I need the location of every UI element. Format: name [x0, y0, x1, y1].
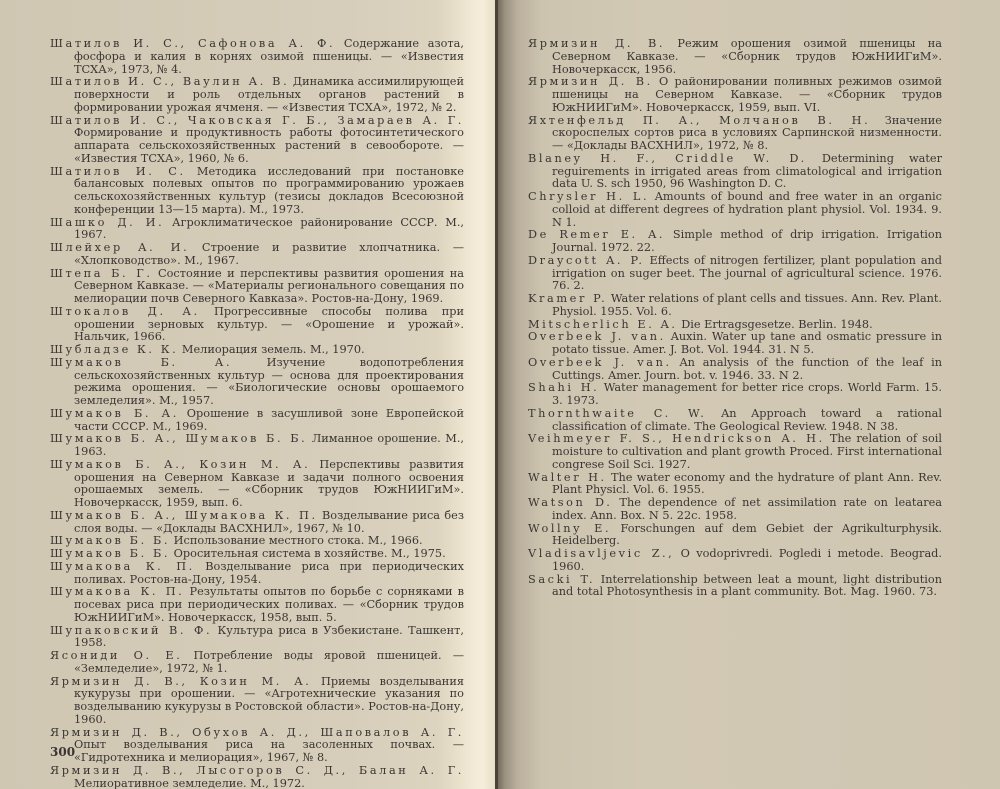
bibliography-entry: Шатилов И. С., Чаковская Г. Б., Замараев… — [50, 115, 464, 166]
bibliography-entry: Шашко Д. И. Агроклиматическое районирова… — [50, 217, 464, 243]
bibliography-entry: Шумаков Б. А., Шумакова К. П. Возделыван… — [50, 510, 464, 536]
entry-author: Wollny E. — [528, 522, 611, 535]
bibliography-entry: Veihmeyer F. S., Hendrickson A. H. The r… — [528, 433, 942, 471]
bibliography-entry: Shahi H. Water management for better ric… — [528, 382, 942, 408]
bibliography-entry: Vladisavljevic Z., O vodoprivredi. Pogle… — [528, 548, 942, 574]
entry-author: Thornthwaite C. W. — [528, 407, 706, 420]
bibliography-entry: Ярмизин Д. В., Обухов А. Д., Шаповалов А… — [50, 727, 464, 765]
entry-author: Ясониди О. Е. — [50, 649, 182, 662]
bibliography-entry: Яхтенфельд П. А., Молчанов В. Н. Значени… — [528, 115, 942, 153]
entry-text: The water economy and the hydrature of p… — [552, 471, 942, 497]
entry-author: Draycott A. P. — [528, 254, 645, 267]
entry-author: Blaney H. F., Criddle W. D. — [528, 152, 807, 165]
bibliography-entry: Ярмизин Д. В., Козин М. А. Приемы воздел… — [50, 676, 464, 727]
entry-author: Mitscherlich E. A. — [528, 318, 678, 331]
bibliography-entry: Blaney H. F., Criddle W. D. Determining … — [528, 153, 942, 191]
entry-text: Water management for better rice crops. … — [552, 381, 942, 407]
bibliography-entry: Sacki T. Interrelationship between leat … — [528, 574, 942, 600]
left-bibliography-column: Шатилов И. С., Сафонова А. Ф. Содержание… — [50, 38, 464, 789]
bibliography-entry: Draycott A. P. Effects of nitrogen ferti… — [528, 255, 942, 293]
bibliography-entry: Ярмизин Д. В. О районировании поливных р… — [528, 76, 942, 114]
bibliography-entry: Wollny E. Forschungen auf dem Gebiet der… — [528, 523, 942, 549]
entry-author: Watson D. — [528, 496, 612, 509]
entry-author: Шумаков Б. А., Козин М. А. — [50, 458, 310, 471]
entry-author: Шубладзе К. К. — [50, 343, 178, 356]
entry-author: Walter H. — [528, 471, 607, 484]
entry-author: Ярмизин Д. В. — [528, 75, 653, 88]
entry-author: Шатилов И. С. — [50, 165, 186, 178]
entry-text: Forschungen auf dem Gebiet der Agrikultu… — [552, 522, 942, 548]
entry-author: Шумаков Б. А., Шумаков Б. Б. — [50, 432, 307, 445]
bibliography-entry: Chrysler H. L. Amounts of bound and free… — [528, 191, 942, 229]
entry-author: Шумаков Б. А., Шумакова К. П. — [50, 509, 318, 522]
entry-author: Veihmeyer F. S., Hendrickson A. H. — [528, 432, 825, 445]
bibliography-entry: Шатилов И. С., Сафонова А. Ф. Содержание… — [50, 38, 464, 76]
entry-author: Chrysler H. L. — [528, 190, 649, 203]
bibliography-entry: Watson D. The dependence of net assimila… — [528, 497, 942, 523]
entry-author: Shahi H. — [528, 381, 599, 394]
entry-text: Water relations of plant cells and tissu… — [552, 292, 942, 318]
entry-author: Шатилов И. С., Ваулин А. В. — [50, 75, 289, 88]
entry-text: Interrelationship between leat a mount, … — [552, 573, 942, 599]
bibliography-entry: De Remer E. A. Simple method of drip irr… — [528, 229, 942, 255]
bibliography-entry: Шумаков Б. А. Орошение в засушливой зоне… — [50, 408, 464, 434]
entry-text: Использование местного стока. М., 1966. — [170, 534, 423, 547]
entry-author: Шатилов И. С., Сафонова А. Ф. — [50, 37, 335, 50]
bibliography-entry: Kramer P. Water relations of plant cells… — [528, 293, 942, 319]
right-bibliography-column: Ярмизин Д. В. Режим орошения озимой пшен… — [528, 38, 942, 599]
entry-author: De Remer E. A. — [528, 228, 665, 241]
bibliography-entry: Шумакова К. П. Возделывание риса при пер… — [50, 561, 464, 587]
bibliography-entry: Шлейхер А. И. Строение и развитие хлопча… — [50, 242, 464, 268]
bibliography-entry: Штепа Б. Г. Состояние и перспективы разв… — [50, 268, 464, 306]
bibliography-entry: Шатилов И. С. Методика исследований при … — [50, 166, 464, 217]
entry-author: Kramer P. — [528, 292, 607, 305]
bibliography-entry: Штокалов Д. А. Прогрессивные способы пол… — [50, 306, 464, 344]
entry-author: Яхтенфельд П. А., Молчанов В. Н. — [528, 114, 870, 127]
entry-text: Опыт возделывания риса на засоленных поч… — [74, 738, 464, 764]
entry-author: Штокалов Д. А. — [50, 305, 200, 318]
bibliography-entry: Thornthwaite C. W. An Approach toward a … — [528, 408, 942, 434]
entry-author: Шумаков Б. Б. — [50, 534, 170, 547]
entry-author: Шашко Д. И. — [50, 216, 164, 229]
bibliography-entry: Шумаков Б. А. Изучение водопотребления с… — [50, 357, 464, 408]
entry-author: Vladisavljevic Z., — [528, 547, 674, 560]
bibliography-entry: Ярмизин Д. В. Режим орошения озимой пшен… — [528, 38, 942, 76]
entry-author: Overbeek J. van. — [528, 330, 666, 343]
entry-author: Шумаков Б. Б. — [50, 547, 170, 560]
entry-text: Мелиорация земель. М., 1970. — [178, 343, 364, 356]
entry-author: Шумаков Б. А. — [50, 356, 232, 369]
book-spine — [495, 0, 498, 789]
entry-author: Sacki T. — [528, 573, 595, 586]
entry-author: Ярмизин Д. В. — [528, 37, 665, 50]
bibliography-entry: Шатилов И. С., Ваулин А. В. Динамика асс… — [50, 76, 464, 114]
entry-author: Шлейхер А. И. — [50, 241, 189, 254]
bibliography-entry: Overbeek J. van. Auxin. Water up tane an… — [528, 331, 942, 357]
bibliography-entry: Шумакова К. П. Результаты опытов по борь… — [50, 586, 464, 624]
entry-text: Формирование и продуктивность работы фот… — [74, 126, 464, 165]
entry-author: Шумакова К. П. — [50, 585, 184, 598]
entry-author: Шатилов И. С., Чаковская Г. Б., Замараев… — [50, 114, 464, 127]
bibliography-entry: Overbeek J. van. An analysis of the func… — [528, 357, 942, 383]
bibliography-entry: Шумаков Б. А., Козин М. А. Перспективы р… — [50, 459, 464, 510]
bibliography-entry: Шумаков Б. А., Шумаков Б. Б. Лиманное ор… — [50, 433, 464, 459]
bibliography-entry: Walter H. The water economy and the hydr… — [528, 472, 942, 498]
entry-author: Ярмизин Д. В., Обухов А. Д., Шаповалов А… — [50, 726, 464, 739]
entry-text: Оросительная система в хозяйстве. М., 19… — [170, 547, 446, 560]
entry-author: Шумакова К. П. — [50, 560, 195, 573]
entry-author: Overbeek J. van. — [528, 356, 672, 369]
entry-author: Ярмизин Д. В., Козин М. А. — [50, 675, 311, 688]
entry-author: Шупаковский В. Ф. — [50, 624, 212, 637]
entry-text: Die Ertragsgesetze. Berlin. 1948. — [678, 318, 873, 331]
entry-author: Ярмизин Д. В., Лысогоров С. Д., Балан А.… — [50, 764, 464, 777]
page-number: 300 — [50, 745, 75, 759]
bibliography-entry: Ясониди О. Е. Потребление воды яровой пш… — [50, 650, 464, 676]
bibliography-entry: Шупаковский В. Ф. Культура риса в Узбеки… — [50, 625, 464, 651]
entry-text: Мелиоративное земледелие. М., 1972. — [74, 777, 305, 789]
bibliography-entry: Ярмизин Д. В., Лысогоров С. Д., Балан А.… — [50, 765, 464, 789]
entry-author: Шумаков Б. А. — [50, 407, 179, 420]
entry-author: Штепа Б. Г. — [50, 267, 153, 280]
